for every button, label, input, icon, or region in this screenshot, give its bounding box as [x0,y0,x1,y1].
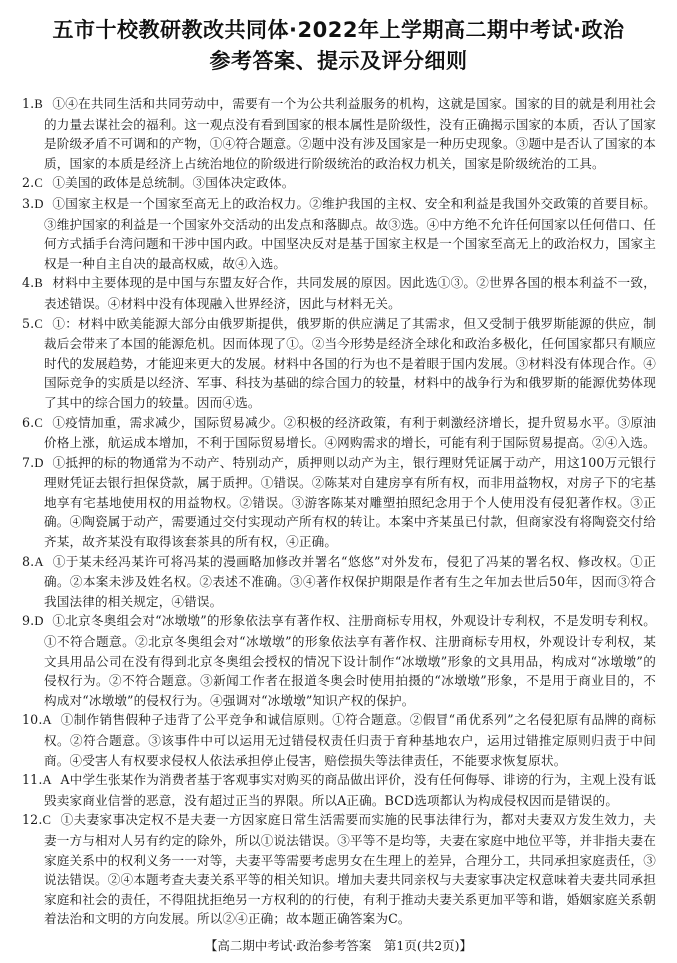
answer-letter: A [42,711,60,731]
answer-letter: D [34,195,52,215]
answer-explanation: ①夫妻家事决定权不是夫妻一方因家庭日常生活需要而实施的民事法律行为，都对夫妻双方… [44,812,656,926]
answer-explanation: ①④在共同生活和共同劳动中，需要有一个为公共利益服务的机构，这就是国家。国家的目… [44,96,656,171]
question-number: 11. [22,772,42,787]
answer-item-12: 12.C①夫妻家事决定权不是夫妻一方因家庭日常生活需要而实施的民事法律行为，都对… [22,810,656,929]
answer-letter: C [34,414,52,434]
answer-explanation: ①疫情加重，需求减少，国际贸易减少。②积极的经济政策，有利于刺激经济增长，提升贸… [44,415,656,451]
answer-item-7: 7.D①抵押的标的物通常为不动产、特别动产，质押则以动产为主，银行理财凭证属于动… [22,453,656,552]
document-subtitle: 参考答案、提示及评分细则 [0,45,677,75]
answer-list: 1.B①④在共同生活和共同劳动中，需要有一个为公共利益服务的机构，这就是国家。国… [22,94,656,929]
answer-explanation: ①：材料中欧美能源大部分由俄罗斯提供，俄罗斯的供应满足了其需求，但又受制于俄罗斯… [44,316,656,410]
question-number: 8. [22,554,34,569]
answer-item-10: 10.A①制作销售假种子违背了公平竞争和诚信原则。①符合题意。②假冒“甬优系列”… [22,710,656,770]
answer-item-11: 11.AA中学生张某作为消费者基于客观事实对购买的商品做出评价，没有任何侮辱、诽… [22,770,656,810]
answer-explanation: ①美国的政体是总统制。③国体决定政体。 [52,175,294,190]
answer-letter: A [34,553,52,573]
answer-letter: B [34,95,52,115]
answer-explanation: 材料中主要体现的是中国与东盟友好合作，共同发展的原因。因此选①③。②世界各国的根… [44,275,656,311]
answer-explanation: ①于某未经冯某许可将冯某的漫画略加修改并署名“悠悠”对外发布，侵犯了冯某的署名权… [44,554,656,609]
answer-letter: C [42,811,60,831]
answer-explanation: ①制作销售假种子违背了公平竞争和诚信原则。①符合题意。②假冒“甬优系列”之名侵犯… [44,712,656,767]
answer-item-5: 5.C①：材料中欧美能源大部分由俄罗斯提供，俄罗斯的供应满足了其需求，但又受制于… [22,314,656,413]
answer-explanation: A中学生张某作为消费者基于客观事实对购买的商品做出评价，没有任何侮辱、诽谤的行为… [44,772,656,808]
answer-letter: B [34,274,52,294]
question-number: 12. [22,812,42,827]
question-number: 9. [22,613,34,628]
page-footer: 【高二期中考试·政治参考答案 第1页(共2页)】 [0,936,677,954]
answer-letter: C [34,174,52,194]
answer-letter: A [42,771,60,791]
answer-letter: D [34,454,52,474]
answer-explanation: ①北京冬奥组会对“冰墩墩”的形象依法享有著作权、注册商标专用权，外观设计专利权，… [44,613,656,707]
answer-explanation: ①国家主权是一个国家至高无上的政治权力。②维护我国的主权、安全和利益是我国外交政… [44,196,656,271]
answer-letter: D [34,612,52,632]
question-number: 4. [22,275,34,290]
answer-item-9: 9.D①北京冬奥组会对“冰墩墩”的形象依法享有著作权、注册商标专用权，外观设计专… [22,611,656,710]
answer-item-3: 3.D①国家主权是一个国家至高无上的政治权力。②维护我国的主权、安全和利益是我国… [22,194,656,273]
answer-letter: C [34,315,52,335]
question-number: 10. [22,712,42,727]
question-number: 3. [22,196,34,211]
answer-item-8: 8.A①于某未经冯某许可将冯某的漫画略加修改并署名“悠悠”对外发布，侵犯了冯某的… [22,552,656,612]
question-number: 2. [22,175,34,190]
question-number: 1. [22,96,34,111]
answer-item-4: 4.B材料中主要体现的是中国与东盟友好合作，共同发展的原因。因此选①③。②世界各… [22,273,656,313]
answer-explanation: ①抵押的标的物通常为不动产、特别动产，质押则以动产为主，银行理财凭证属于动产，用… [44,455,656,549]
answer-item-2: 2.C①美国的政体是总统制。③国体决定政体。 [22,173,656,194]
answer-item-6: 6.C①疫情加重，需求减少，国际贸易减少。②积极的经济政策，有利于刺激经济增长，… [22,413,656,453]
question-number: 5. [22,316,34,331]
question-number: 7. [22,455,34,470]
question-number: 6. [22,415,34,430]
answer-item-1: 1.B①④在共同生活和共同劳动中，需要有一个为公共利益服务的机构，这就是国家。国… [22,94,656,173]
document-title: 五市十校教研教改共同体·2022年上学期高二期中考试·政治 [0,14,677,44]
